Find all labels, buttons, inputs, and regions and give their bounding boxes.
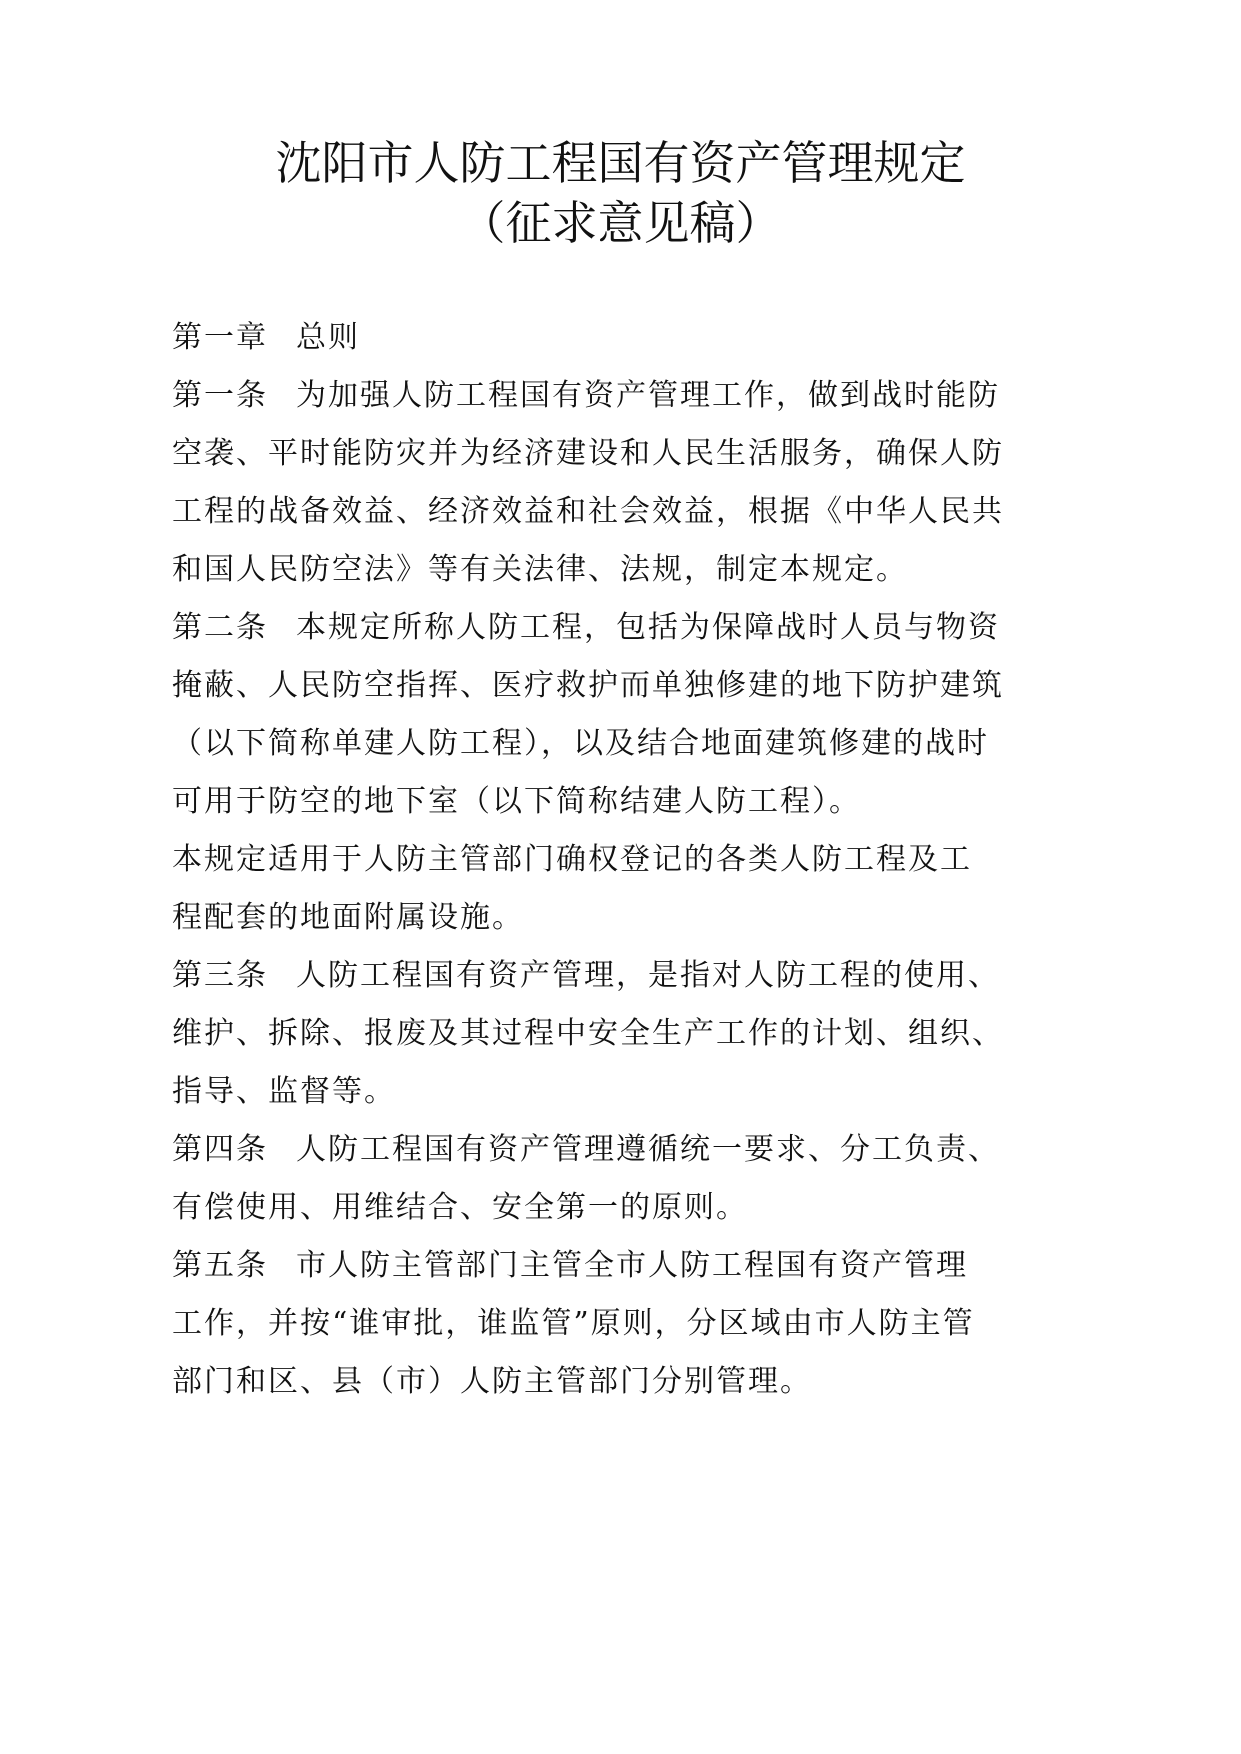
article-5-line-3: 部门和区、县（市）人防主管部门分别管理。 bbox=[172, 1362, 812, 1402]
chapter-heading: 第一章总则 bbox=[172, 318, 360, 358]
article-2-line-3: （以下简称单建人防工程），以及结合地面建筑修建的战时 bbox=[172, 724, 989, 764]
article-2-line-1: 第二条本规定所称人防工程，包括为保障战时人员与物资 bbox=[172, 608, 1000, 648]
article-5-line-2: 工作，并按“谁审批，谁监管”原则，分区域由市人防主管 bbox=[172, 1304, 975, 1344]
article-5-line-1: 第五条市人防主管部门主管全市人防工程国有资产管理 bbox=[172, 1246, 968, 1286]
article-2-line-5: 本规定适用于人防主管部门确权登记的各类人防工程及工 bbox=[172, 840, 972, 880]
article-label: 第五条 bbox=[172, 1248, 268, 1283]
article-label: 第三条 bbox=[172, 958, 268, 993]
article-3-line-1: 第三条人防工程国有资产管理，是指对人防工程的使用、 bbox=[172, 956, 1000, 996]
article-3-line-2: 维护、拆除、报废及其过程中安全生产工作的计划、组织、 bbox=[172, 1014, 1004, 1054]
article-1-line-4: 和国人民防空法》等有关法律、法规，制定本规定。 bbox=[172, 550, 908, 590]
article-1-line-3: 工程的战备效益、经济效益和社会效益，根据《中华人民共 bbox=[172, 492, 1004, 532]
article-2-line-4: 可用于防空的地下室（以下简称结建人防工程）。 bbox=[172, 782, 861, 822]
article-text: 人防工程国有资产管理遵循统一要求、分工负责、 bbox=[296, 1132, 1000, 1167]
article-label: 第一条 bbox=[172, 378, 268, 413]
chapter-name: 总则 bbox=[296, 320, 360, 355]
article-text: 为加强人防工程国有资产管理工作，做到战时能防 bbox=[296, 378, 1000, 413]
article-text: 本规定所称人防工程，包括为保障战时人员与物资 bbox=[296, 610, 1000, 645]
chapter-label: 第一章 bbox=[172, 320, 268, 355]
article-text: 市人防主管部门主管全市人防工程国有资产管理 bbox=[296, 1248, 968, 1283]
article-label: 第四条 bbox=[172, 1132, 268, 1167]
article-text: 人防工程国有资产管理，是指对人防工程的使用、 bbox=[296, 958, 1000, 993]
document-page: 沈阳市人防工程国有资产管理规定 （征求意见稿） 第一章总则 第一条为加强人防工程… bbox=[0, 0, 1241, 1754]
article-1-line-1: 第一条为加强人防工程国有资产管理工作，做到战时能防 bbox=[172, 376, 1000, 416]
article-2-line-6: 程配套的地面附属设施。 bbox=[172, 898, 524, 938]
article-1-line-2: 空袭、平时能防灾并为经济建设和人民生活服务，确保人防 bbox=[172, 434, 1004, 474]
article-label: 第二条 bbox=[172, 610, 268, 645]
article-4-line-1: 第四条人防工程国有资产管理遵循统一要求、分工负责、 bbox=[172, 1130, 1000, 1170]
document-subtitle: （征求意见稿） bbox=[0, 193, 1241, 253]
document-title: 沈阳市人防工程国有资产管理规定 bbox=[0, 133, 1241, 193]
article-3-line-3: 指导、监督等。 bbox=[172, 1072, 396, 1112]
article-2-line-2: 掩蔽、人民防空指挥、医疗救护而单独修建的地下防护建筑 bbox=[172, 666, 1004, 706]
article-4-line-2: 有偿使用、用维结合、安全第一的原则。 bbox=[172, 1188, 748, 1228]
